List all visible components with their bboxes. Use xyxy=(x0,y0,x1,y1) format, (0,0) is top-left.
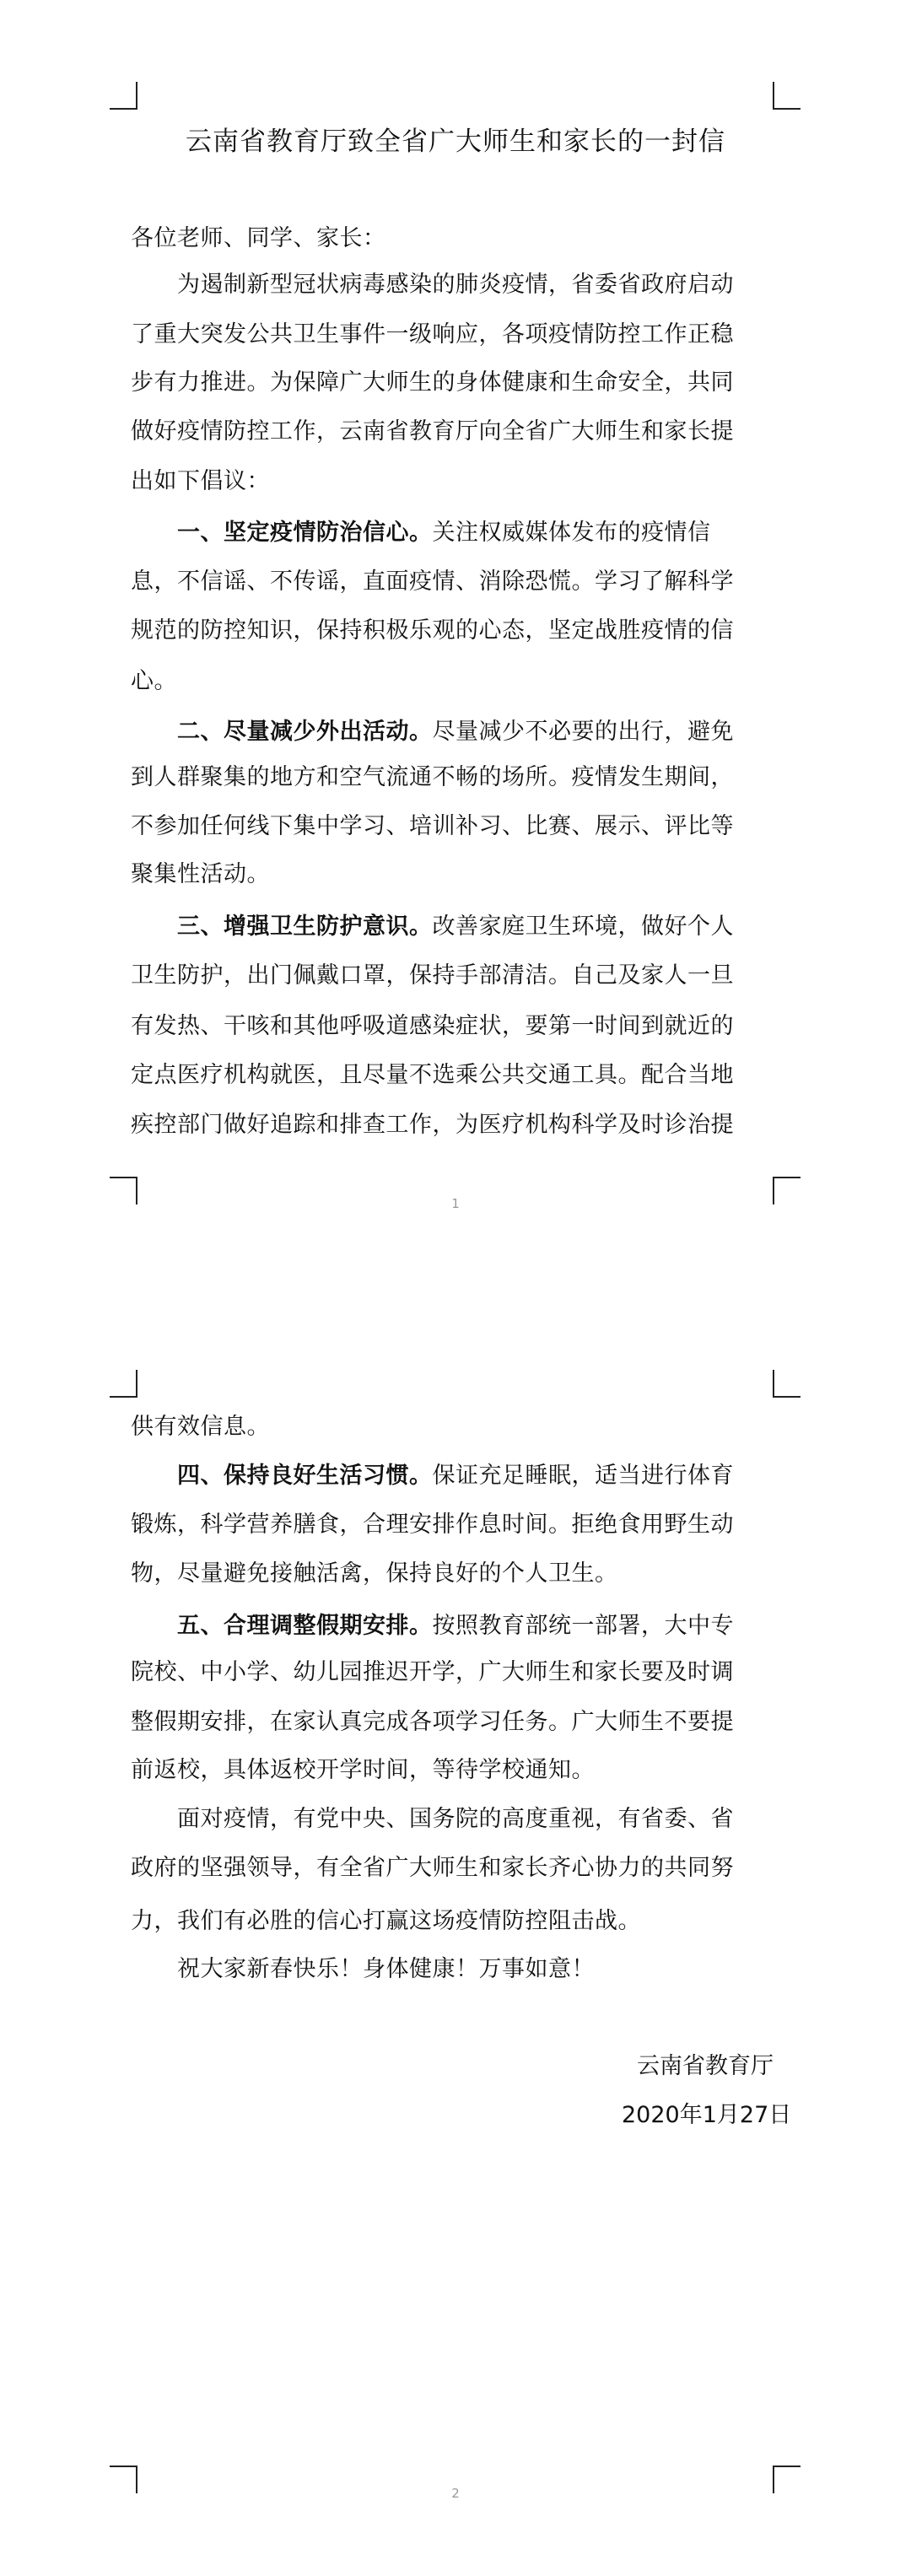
section-5-line: 前返校，具体返校开学时间，等待学校通知。 xyxy=(131,1755,595,1786)
page-number-2: 2 xyxy=(0,2486,911,2501)
closing-line: 力，我们有必胜的信心打赢这场疫情防控阻击战。 xyxy=(131,1906,641,1937)
section-5-heading: 五、合理调整假期安排。 xyxy=(177,1613,433,1639)
wishes: 祝大家新春快乐！身体健康！万事如意！ xyxy=(177,1954,595,1985)
salutation: 各位老师、同学、家长： xyxy=(131,224,386,254)
section-5-first-line: 五、合理调整假期安排。按照教育部统一部署，大中专 xyxy=(177,1611,734,1641)
section-2-first-line: 二、尽量减少外出活动。尽量减少不必要的出行，避免 xyxy=(177,717,734,747)
section-4-first-line: 四、保持良好生活习惯。保证充足睡眠，适当进行体育 xyxy=(177,1461,734,1491)
section-3-line: 定点医疗机构就医，且尽量不选乘公共交通工具。配合当地 xyxy=(131,1060,734,1091)
page1-corner-mark-top-left xyxy=(110,82,137,110)
section-2-line: 聚集性活动。 xyxy=(131,860,270,890)
section-4-line: 锻炼，科学营养膳食，合理安排作息时间。拒绝食用野生动 xyxy=(131,1510,734,1540)
section-4-heading: 四、保持良好生活习惯。 xyxy=(177,1463,433,1489)
intro-line: 做好疫情防控工作，云南省教育厅向全省广大师生和家长提 xyxy=(131,417,734,447)
closing-line: 政府的坚强领导，有全省广大师生和家长齐心协力的共同努 xyxy=(131,1853,734,1883)
section-3-heading: 三、增强卫生防护意识。 xyxy=(177,913,433,940)
closing-line: 面对疫情，有党中央、国务院的高度重视，有省委、省 xyxy=(177,1804,734,1835)
date: 2020年1月27日 xyxy=(622,2100,791,2131)
section-3-line: 卫生防护，出门佩戴口罩，保持手部清洁。自己及家人一旦 xyxy=(131,961,734,991)
intro-line: 为遏制新型冠状病毒感染的肺炎疫情，省委省政府启动 xyxy=(177,270,734,300)
section-4-line: 物，尽量避免接触活禽，保持良好的个人卫生。 xyxy=(131,1559,618,1589)
section-1-text: 关注权威媒体发布的疫情信 xyxy=(433,520,711,546)
page-number-1: 1 xyxy=(0,1196,911,1211)
section-1-line: 心。 xyxy=(131,666,177,697)
section-4-text: 保证充足睡眠，适当进行体育 xyxy=(433,1463,735,1489)
intro-line: 了重大突发公共卫生事件一级响应，各项疫情防控工作正稳 xyxy=(131,320,734,350)
section-2-line: 不参加任何线下集中学习、培训补习、比赛、展示、评比等 xyxy=(131,811,734,842)
page1-corner-mark-top-right xyxy=(773,82,800,110)
section-2-line: 到人群聚集的地方和空气流通不畅的场所。疫情发生期间， xyxy=(131,763,734,793)
section-1-first-line: 一、坚定疫情防治信心。关注权威媒体发布的疫情信 xyxy=(177,518,711,548)
section-5-line: 整假期安排，在家认真完成各项学习任务。广大师生不要提 xyxy=(131,1707,734,1738)
section-2-heading: 二、尽量减少外出活动。 xyxy=(177,719,433,745)
section-3-text: 改善家庭卫生环境，做好个人 xyxy=(433,913,735,940)
section-3-line: 有发热、干咳和其他呼吸道感染症状，要第一时间到就近的 xyxy=(131,1011,734,1042)
section-3-first-line: 三、增强卫生防护意识。改善家庭卫生环境，做好个人 xyxy=(177,912,734,942)
signature: 云南省教育厅 xyxy=(637,2051,774,2082)
section-5-text: 按照教育部统一部署，大中专 xyxy=(433,1613,735,1639)
section-1-line: 息，不信谣、不传谣，直面疫情、消除恐慌。学习了解科学 xyxy=(131,567,734,597)
page2-corner-mark-top-left xyxy=(110,1370,137,1398)
intro-line: 步有力推进。为保障广大师生的身体健康和生命安全，共同 xyxy=(131,368,734,398)
section-3-line: 供有效信息。 xyxy=(131,1412,270,1442)
section-1-heading: 一、坚定疫情防治信心。 xyxy=(177,520,433,546)
page2-corner-mark-top-right xyxy=(773,1370,800,1398)
section-3-line: 疾控部门做好追踪和排查工作，为医疗机构科学及时诊治提 xyxy=(131,1110,734,1140)
section-1-line: 规范的防控知识，保持积极乐观的心态，坚定战胜疫情的信 xyxy=(131,616,734,646)
intro-line: 出如下倡议： xyxy=(131,466,270,497)
section-5-line: 院校、中小学、幼儿园推迟开学，广大师生和家长要及时调 xyxy=(131,1657,734,1688)
document-title: 云南省教育厅致全省广大师生和家长的一封信 xyxy=(0,120,911,158)
section-2-text: 尽量减少不必要的出行，避免 xyxy=(433,719,735,745)
